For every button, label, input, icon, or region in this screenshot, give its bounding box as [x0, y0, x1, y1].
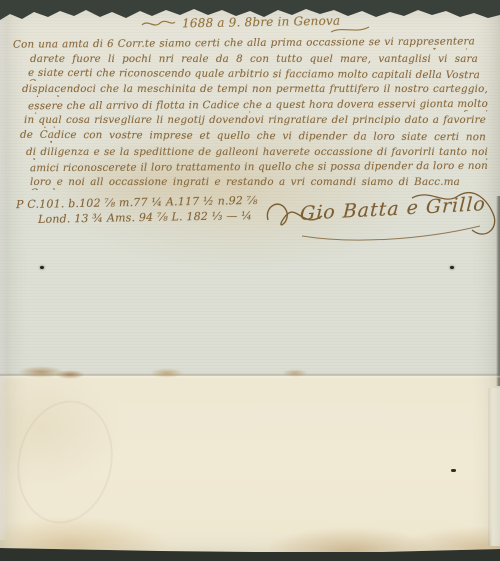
manuscript-scan: 1688 a 9. 8bre in Genova Con una amta di… — [0, 0, 500, 561]
paper-sheet: 1688 a 9. 8bre in Genova Con una amta di… — [0, 0, 500, 561]
paper-vignette — [0, 0, 500, 561]
